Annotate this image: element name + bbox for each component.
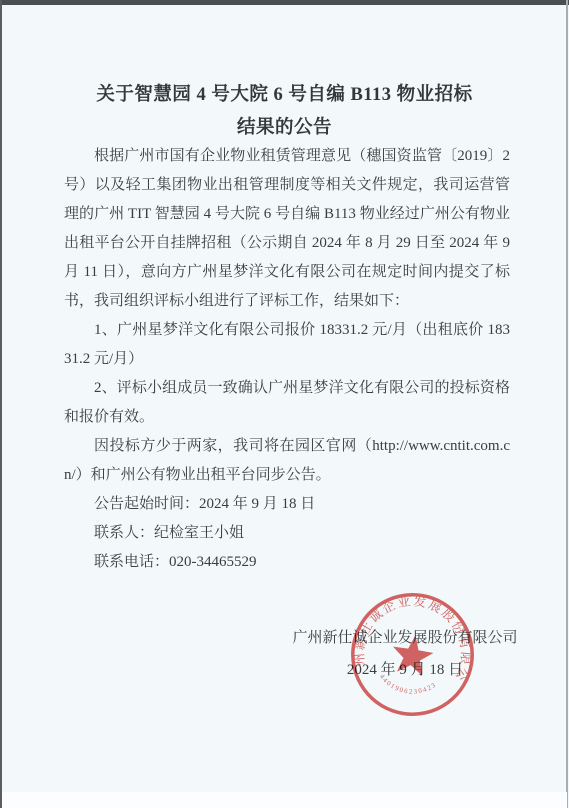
paragraph-contact-name: 联系人：纪检室王小姐 bbox=[64, 519, 510, 548]
signature-block: 广州新仕诚企业发展股份有限公司 2024 年 9 月 18 日 bbox=[288, 622, 522, 686]
scanned-page: 关于智慧园 4 号大院 6 号自编 B113 物业招标 结果的公告 根据广州市国… bbox=[0, 0, 569, 808]
document-title-line1: 关于智慧园 4 号大院 6 号自编 B113 物业招标 bbox=[60, 80, 509, 106]
paragraph-basis: 根据广州市国有企业物业租赁管理意见（穗国资监管〔2019〕2 号）以及轻工集团物… bbox=[64, 142, 510, 316]
paragraph-result-2: 2、评标小组成员一致确认广州星梦洋文化有限公司的投标资格和报价有效。 bbox=[64, 374, 510, 432]
scan-right-edge bbox=[566, 0, 568, 808]
scan-top-edge bbox=[0, 0, 569, 5]
paragraph-contact-phone: 联系电话：020-34465529 bbox=[64, 548, 510, 577]
paragraph-result-1: 1、广州星梦洋文化有限公司报价 18331.2 元/月（出租底价 18331.2… bbox=[64, 316, 510, 374]
document-body: 根据广州市国有企业物业租赁管理意见（穗国资监管〔2019〕2 号）以及轻工集团物… bbox=[64, 142, 510, 577]
signature-company: 广州新仕诚企业发展股份有限公司 bbox=[288, 622, 522, 654]
document-title-line2: 结果的公告 bbox=[60, 113, 509, 139]
signature-date: 2024 年 9 月 18 日 bbox=[288, 654, 522, 686]
paragraph-notice: 因投标方少于两家，我司将在园区官网（http://www.cntit.com.c… bbox=[64, 432, 510, 490]
scan-left-edge bbox=[0, 0, 2, 808]
paragraph-start-date: 公告起始时间：2024 年 9 月 18 日 bbox=[64, 490, 510, 519]
scan-bottom-strip bbox=[2, 792, 567, 808]
